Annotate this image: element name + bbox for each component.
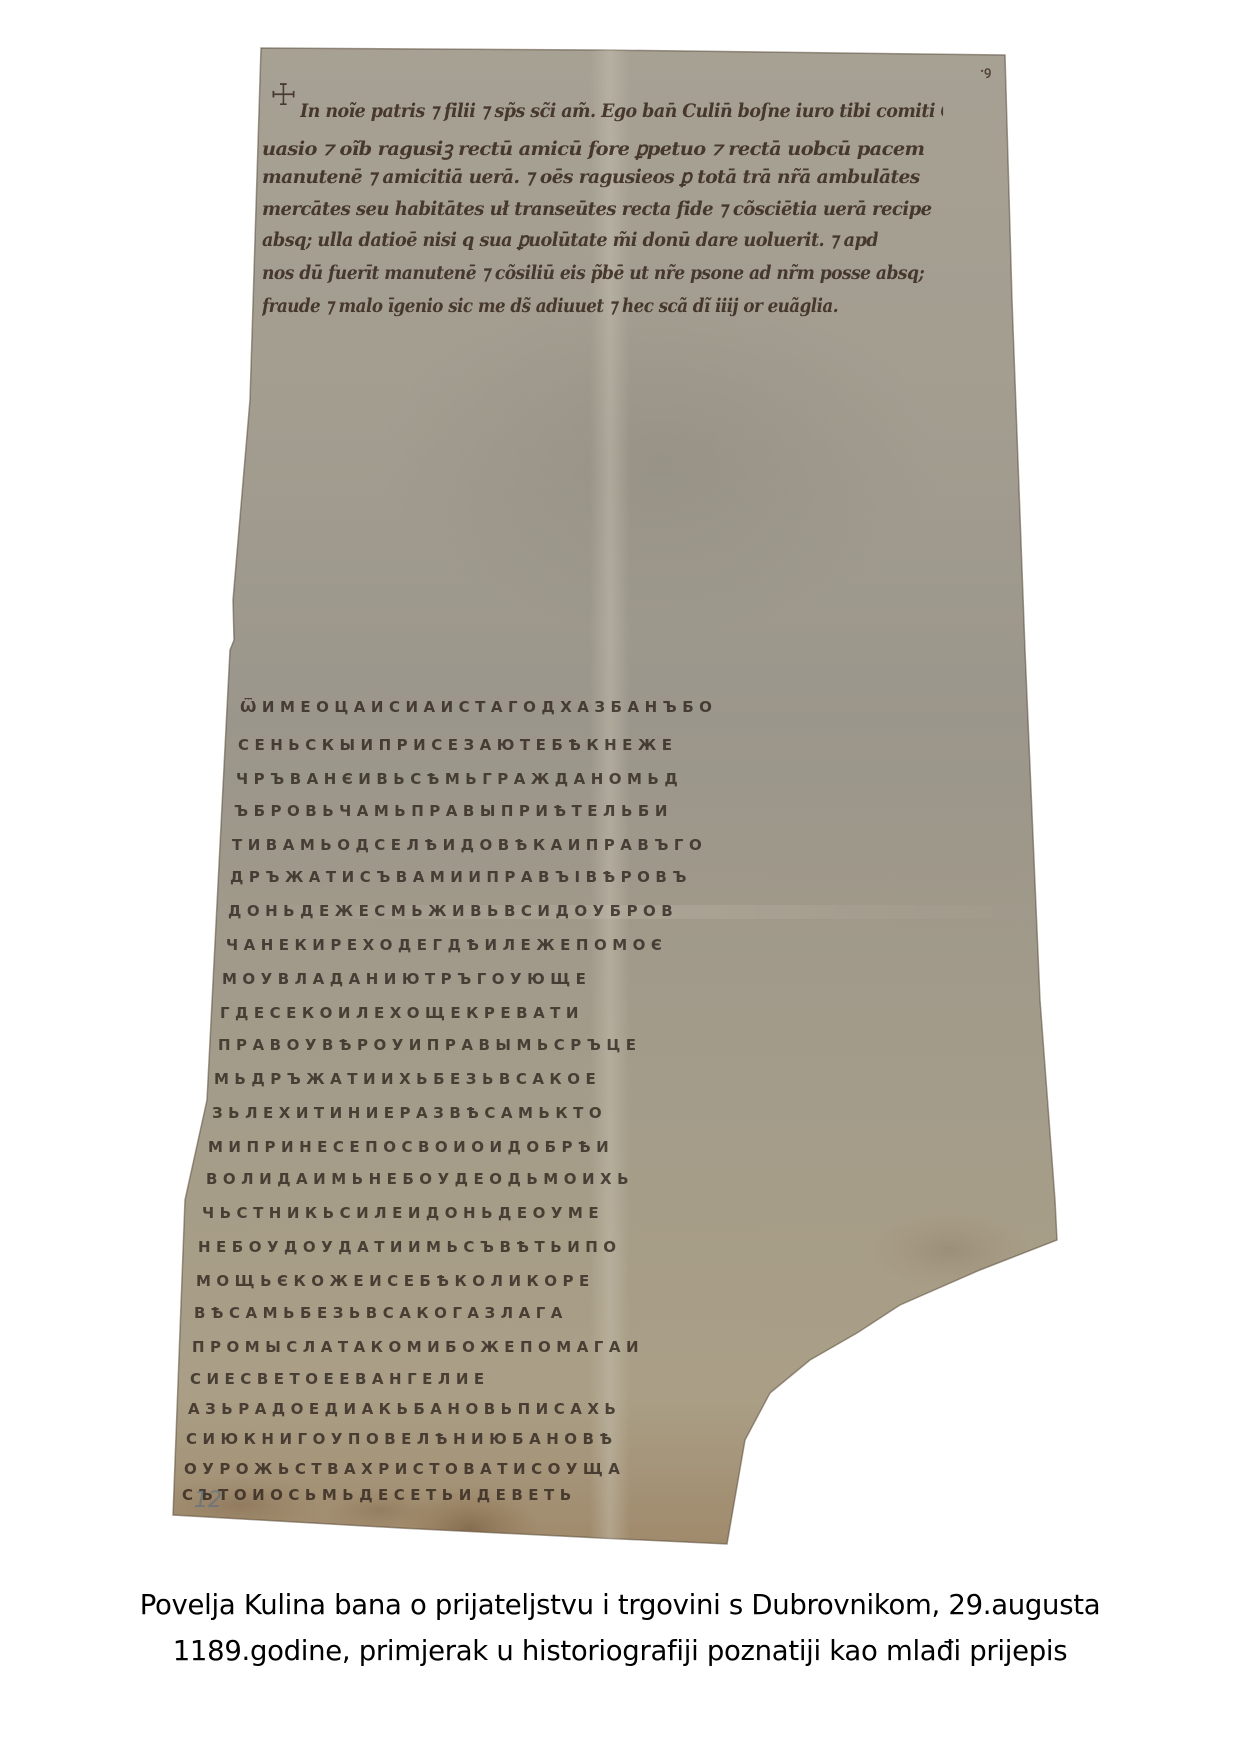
parchment-shape [0, 0, 1240, 1560]
page: ☩ ·ꝯ In noĩe patris ⁊ filii ⁊ sp̃s sc̃i … [0, 0, 1240, 1754]
caption-line-1: Povelja Kulina bana o prijateljstvu i tr… [0, 1582, 1240, 1628]
image-caption: Povelja Kulina bana o prijateljstvu i tr… [0, 1582, 1240, 1674]
charter-scan: ☩ ·ꝯ In noĩe patris ⁊ filii ⁊ sp̃s sc̃i … [0, 0, 1240, 1560]
caption-line-2: 1189.godine, primjerak u historiografiji… [0, 1628, 1240, 1674]
